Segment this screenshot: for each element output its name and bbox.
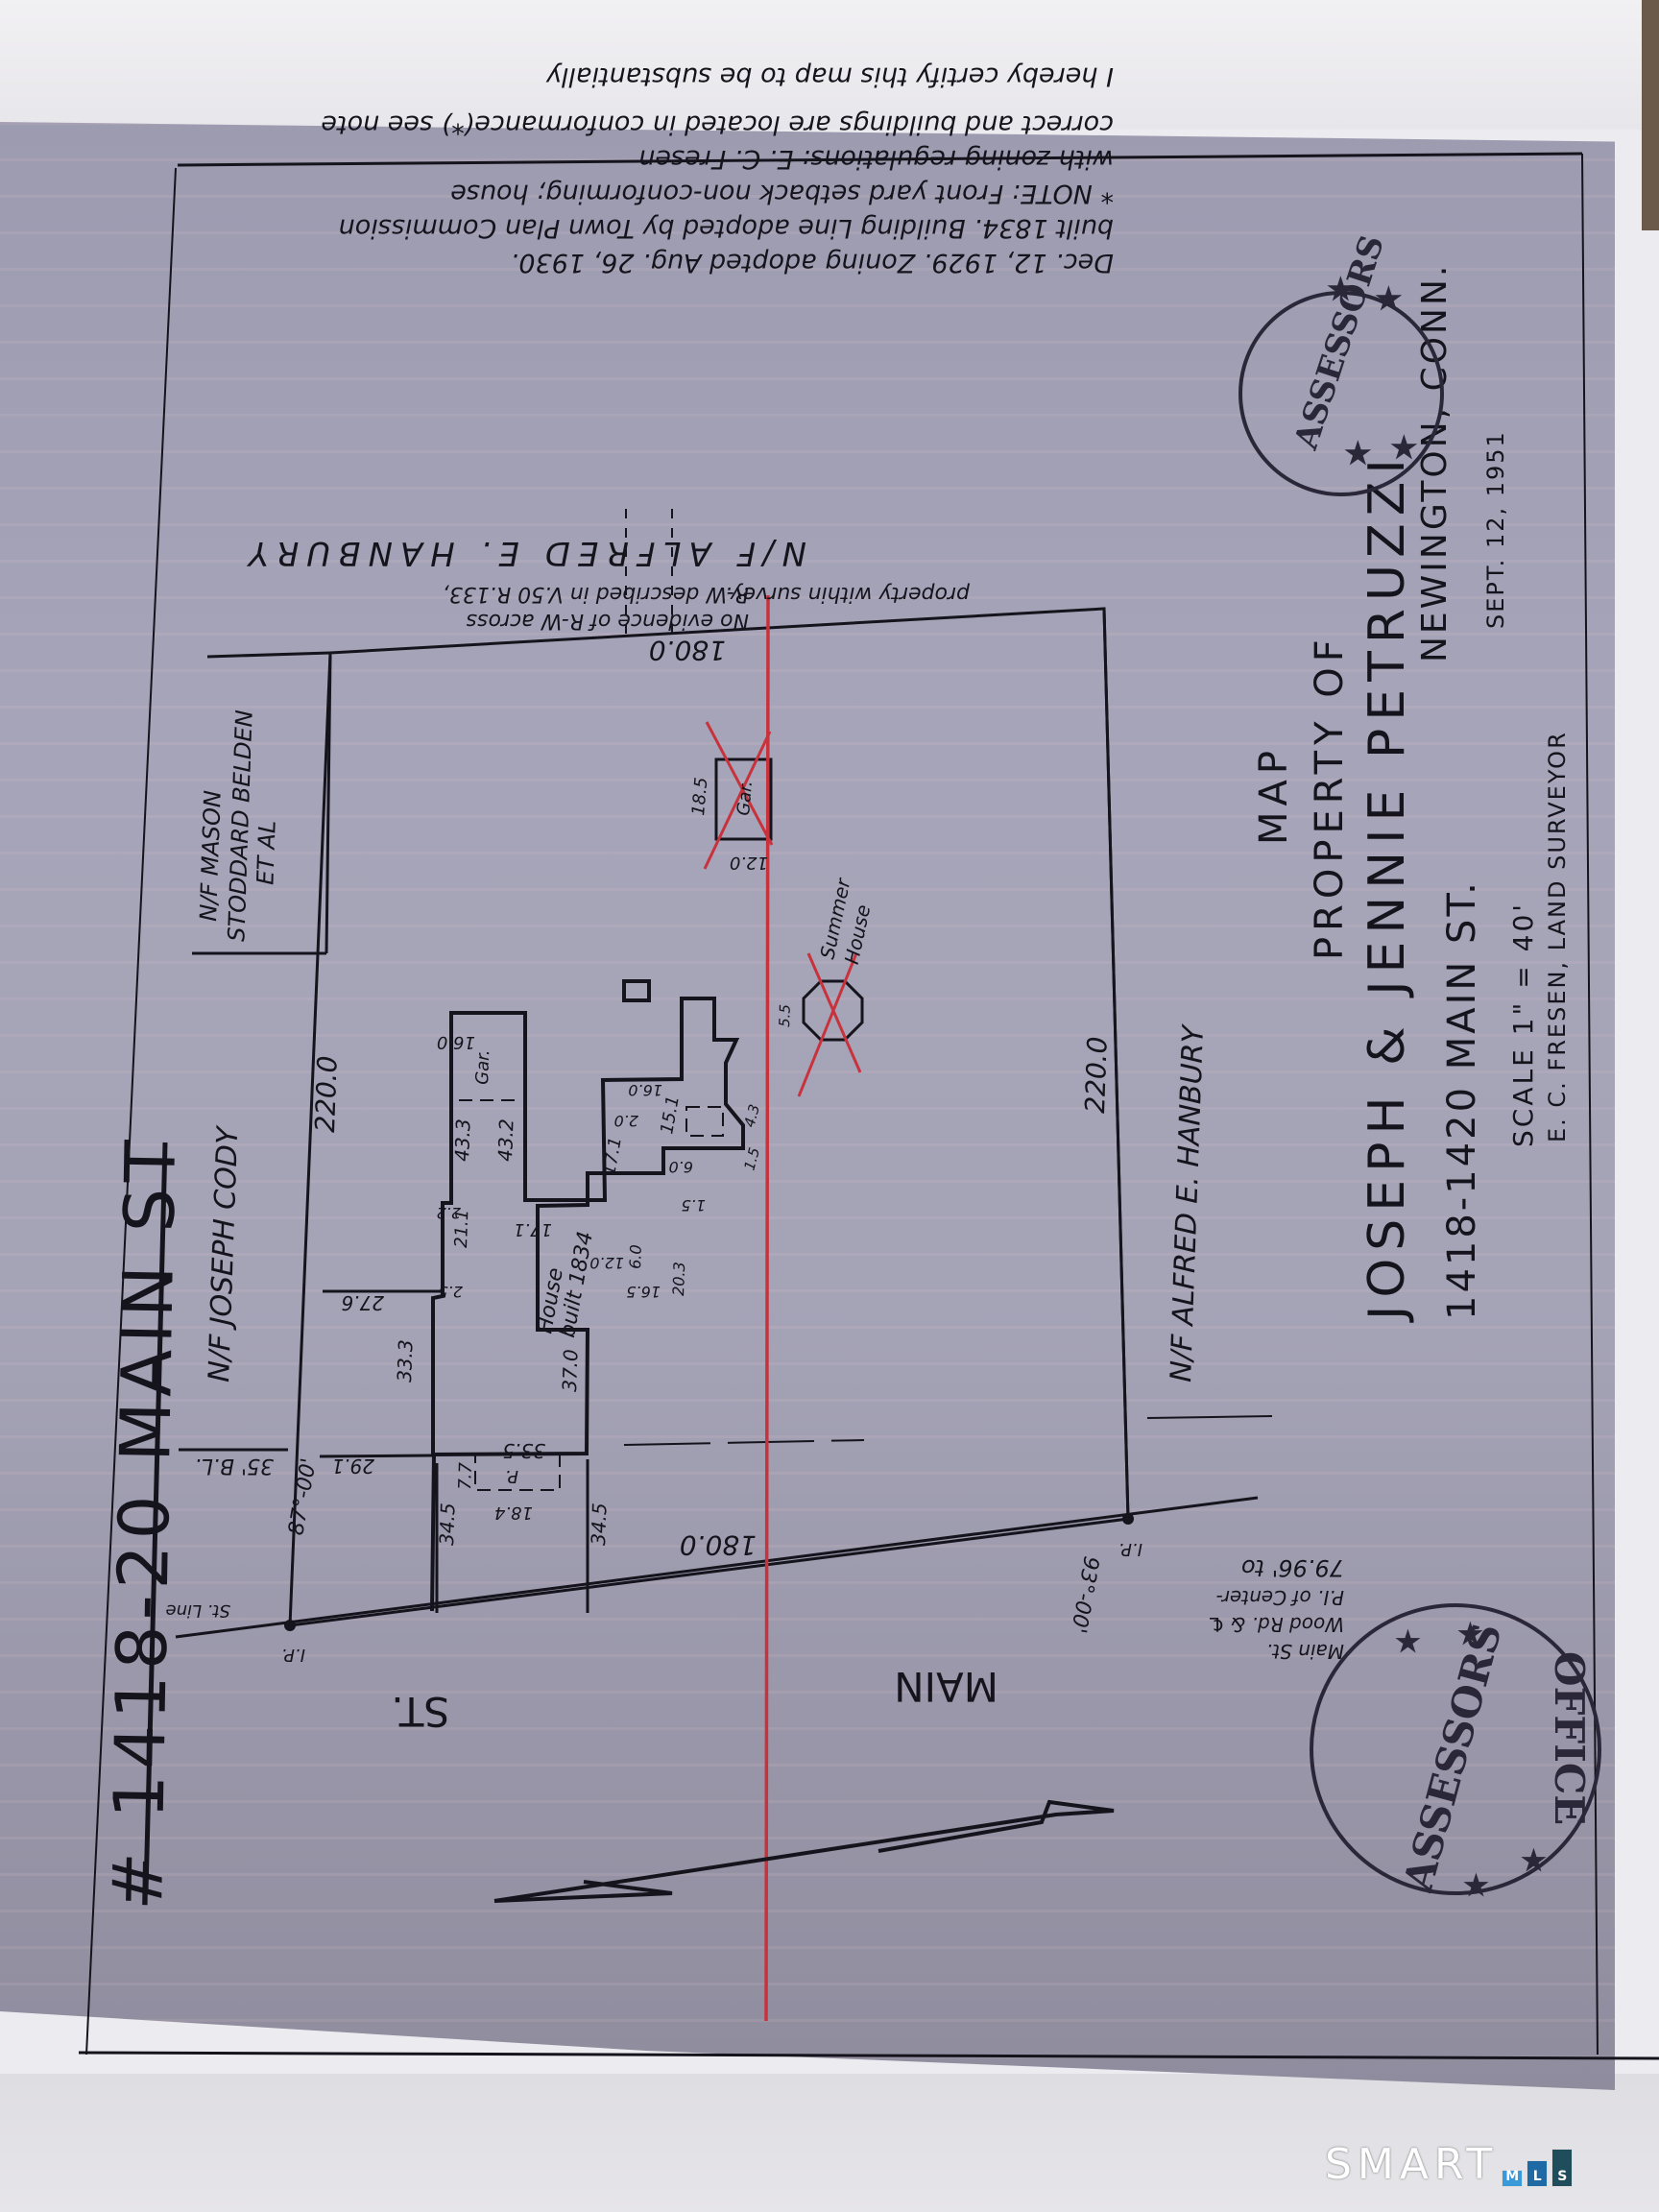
- svg-text:MAP: MAP: [1252, 745, 1296, 845]
- header-address: # 1418-20 MAIN ST: [97, 1134, 191, 1911]
- svg-text:16.5: 16.5: [626, 1283, 661, 1301]
- house-dimensions: House built 1834 33.3 37.0 29.1 27.6 33.…: [331, 1032, 763, 1546]
- watermark-bar-l: L: [1527, 2160, 1548, 2187]
- title-date: SEPT. 12, 1951: [1482, 430, 1509, 629]
- abutter-north: N/F ALFRED E. HANBURY: [241, 534, 806, 572]
- svg-text:43.3: 43.3: [450, 1118, 475, 1162]
- title-property-of: PROPERTY OF: [1308, 634, 1352, 960]
- svg-text:Gar.: Gar.: [472, 1049, 493, 1085]
- svg-text:Dec. 12, 1929. Zoning adopted: Dec. 12, 1929. Zoning adopted Aug. 26, 1…: [511, 248, 1114, 277]
- svg-text:12.0: 12.0: [589, 1254, 624, 1272]
- svg-text:* NOTE: Front yard setback non: * NOTE: Front yard setback non-conformin…: [450, 179, 1114, 208]
- svg-text:7.7: 7.7: [455, 1461, 476, 1490]
- svg-text:15.1: 15.1: [657, 1094, 684, 1136]
- tie-note: 79.96' to P.I. of Center- Wood Rd. & ℄ M…: [1208, 1554, 1345, 1663]
- abutter-west-cody: N/F JOSEPH CODY: [203, 1124, 245, 1383]
- svg-text:34.5: 34.5: [435, 1503, 460, 1546]
- building-line-label: 35' B.L.: [195, 1454, 274, 1478]
- svg-text:SEPT. 12, 1951: SEPT. 12, 1951: [1482, 430, 1509, 629]
- svg-text:4.3: 4.3: [740, 1102, 763, 1129]
- survey-map: # 1418-20 MAIN ST: [0, 0, 1659, 2212]
- svg-text:27.6: 27.6: [341, 1291, 384, 1314]
- svg-text:Main St.: Main St.: [1266, 1640, 1344, 1663]
- watermark-bar-m: M: [1502, 2170, 1523, 2187]
- dim-side-west: 220.0: [309, 1055, 344, 1133]
- svg-text:1418-1420 MAIN ST.: 1418-1420 MAIN ST.: [1440, 879, 1484, 1320]
- street-main: MAIN: [894, 1663, 998, 1710]
- smart-mls-watermark: SMART M L S: [1325, 2143, 1573, 2187]
- iron-pin-west: I.P.: [281, 1645, 305, 1665]
- svg-text:correct and buildings are loca: correct and buildings are located in con…: [321, 109, 1114, 139]
- svg-text:E. C. FRESEN, LAND SURVEYOR: E. C. FRESEN, LAND SURVEYOR: [1544, 731, 1571, 1142]
- angle-west: 87°-00': [284, 1456, 322, 1537]
- svg-text:20.3: 20.3: [669, 1262, 688, 1296]
- svg-text:16.0: 16.0: [437, 1032, 475, 1052]
- svg-text:37.0: 37.0: [558, 1349, 583, 1392]
- watermark-word: SMART: [1325, 2143, 1498, 2187]
- svg-text:★: ★: [1344, 435, 1372, 471]
- svg-text:ASSESSORS: ASSESSORS: [1394, 1619, 1511, 1897]
- title-scale: SCALE 1" = 40': [1507, 902, 1539, 1147]
- svg-text:2.2: 2.2: [437, 1204, 461, 1222]
- red-strike-marks: [705, 595, 860, 2021]
- title-town: NEWINGTON, CONN.: [1415, 263, 1455, 662]
- svg-text:43.2: 43.2: [493, 1118, 518, 1162]
- certification-note: Dec. 12, 1929. Zoning adopted Aug. 26, 1…: [321, 61, 1114, 277]
- svg-text:★: ★: [1327, 271, 1355, 307]
- svg-text:No evidence of R-W across: No evidence of R-W across: [467, 609, 749, 633]
- svg-text:29.1: 29.1: [331, 1455, 374, 1478]
- svg-text:2.5: 2.5: [439, 1283, 463, 1301]
- watermark-bar-s: S: [1551, 2149, 1573, 2187]
- svg-text:1.5: 1.5: [682, 1196, 706, 1214]
- svg-text:Wood Rd. & ℄: Wood Rd. & ℄: [1208, 1613, 1345, 1636]
- iron-pin-east: I.P.: [1118, 1539, 1142, 1559]
- summer-house-label: Summer House: [815, 875, 879, 966]
- removed-garage-width: 12.0: [730, 853, 768, 873]
- svg-text:2.0: 2.0: [614, 1112, 638, 1130]
- svg-text:property within survey.: property within survey.: [725, 582, 971, 606]
- svg-text:P.: P.: [505, 1466, 518, 1486]
- angle-east: 93°-00': [1066, 1554, 1103, 1635]
- summer-house-side: 5.5: [776, 1004, 794, 1027]
- title-owners: JOSEPH & JENNIE PETRUZZI: [1358, 451, 1416, 1323]
- svg-text:NEWINGTON, CONN.: NEWINGTON, CONN.: [1415, 263, 1455, 662]
- svg-text:79.96' to: 79.96' to: [1241, 1554, 1344, 1581]
- svg-text:★: ★: [1463, 1869, 1489, 1903]
- svg-text:OFFICE: OFFICE: [1546, 1651, 1593, 1825]
- title-surveyor: E. C. FRESEN, LAND SURVEYOR: [1544, 731, 1571, 1142]
- svg-text:N/F MASON: N/F MASON: [195, 790, 227, 923]
- svg-text:33.3: 33.3: [393, 1339, 418, 1382]
- svg-text:★: ★: [1375, 280, 1403, 317]
- svg-text:34.5: 34.5: [587, 1503, 612, 1546]
- svg-text:with zoning regulations: E. C: with zoning regulations: E. C. Fresen: [638, 144, 1114, 174]
- title-address: 1418-1420 MAIN ST.: [1440, 879, 1484, 1320]
- svg-text:ET AL: ET AL: [252, 820, 280, 885]
- dim-rear: 180.0: [649, 635, 726, 666]
- building-line: [624, 1416, 1272, 1445]
- dim-front: 180.0: [680, 1529, 757, 1561]
- svg-text:★: ★: [1395, 1625, 1421, 1659]
- abutter-west-mason: N/F MASON STODDARD BELDEN ET AL: [194, 709, 284, 943]
- st-line-label: St. Line: [166, 1600, 230, 1621]
- svg-text:I hereby certify this map to b: I hereby certify this map to be substant…: [545, 61, 1114, 91]
- street-st: ST.: [391, 1688, 449, 1735]
- svg-text:R-W described in V.50 R.133,: R-W described in V.50 R.133,: [443, 582, 749, 606]
- svg-text:33.5: 33.5: [502, 1439, 545, 1462]
- north-arrow-symbol: [494, 1802, 1114, 1901]
- svg-text:17.1: 17.1: [514, 1219, 552, 1239]
- svg-text:P.I. of Center-: P.I. of Center-: [1216, 1586, 1344, 1609]
- assessors-stamp-top: ASSESSORS ★ ★ ★ ★: [1240, 230, 1442, 494]
- removed-garage-label: Gar.: [733, 780, 757, 816]
- svg-text:ASSESSORS: ASSESSORS: [1286, 230, 1392, 454]
- svg-text:PROPERTY OF: PROPERTY OF: [1308, 634, 1352, 960]
- svg-text:6.0: 6.0: [669, 1158, 693, 1176]
- svg-text:18.4: 18.4: [494, 1503, 533, 1523]
- svg-text:STODDARD BELDEN: STODDARD BELDEN: [223, 709, 257, 942]
- removed-garage-height: 18.5: [688, 777, 711, 817]
- svg-text:6.0: 6.0: [626, 1244, 645, 1269]
- dim-side-east: 220.0: [1079, 1036, 1114, 1114]
- svg-text:# 1418-20 MAIN ST: # 1418-20 MAIN ST: [97, 1134, 191, 1911]
- svg-text:★: ★: [1521, 1844, 1547, 1878]
- svg-text:16.0: 16.0: [628, 1081, 662, 1099]
- svg-text:★: ★: [1457, 1618, 1483, 1651]
- svg-text:JOSEPH & JENNIE PETRUZZI: JOSEPH & JENNIE PETRUZZI: [1358, 451, 1416, 1323]
- svg-text:★: ★: [1390, 429, 1418, 466]
- svg-text:built 1834. Building Line adop: built 1834. Building Line adopted by Tow…: [339, 213, 1114, 243]
- svg-text:N/F ALFRED E. HANBURY: N/F ALFRED E. HANBURY: [241, 534, 806, 572]
- row-note: R-W described in V.50 R.133, No evidence…: [443, 582, 971, 633]
- title-block: MAP: [1252, 745, 1296, 845]
- abutter-east: N/F ALFRED E. HANBURY: [1165, 1022, 1211, 1382]
- svg-text:SCALE 1" = 40': SCALE 1" = 40': [1507, 902, 1539, 1147]
- assessors-stamp-office: ASSESSORS OFFICE ★ ★ ★ ★: [1311, 1605, 1599, 1903]
